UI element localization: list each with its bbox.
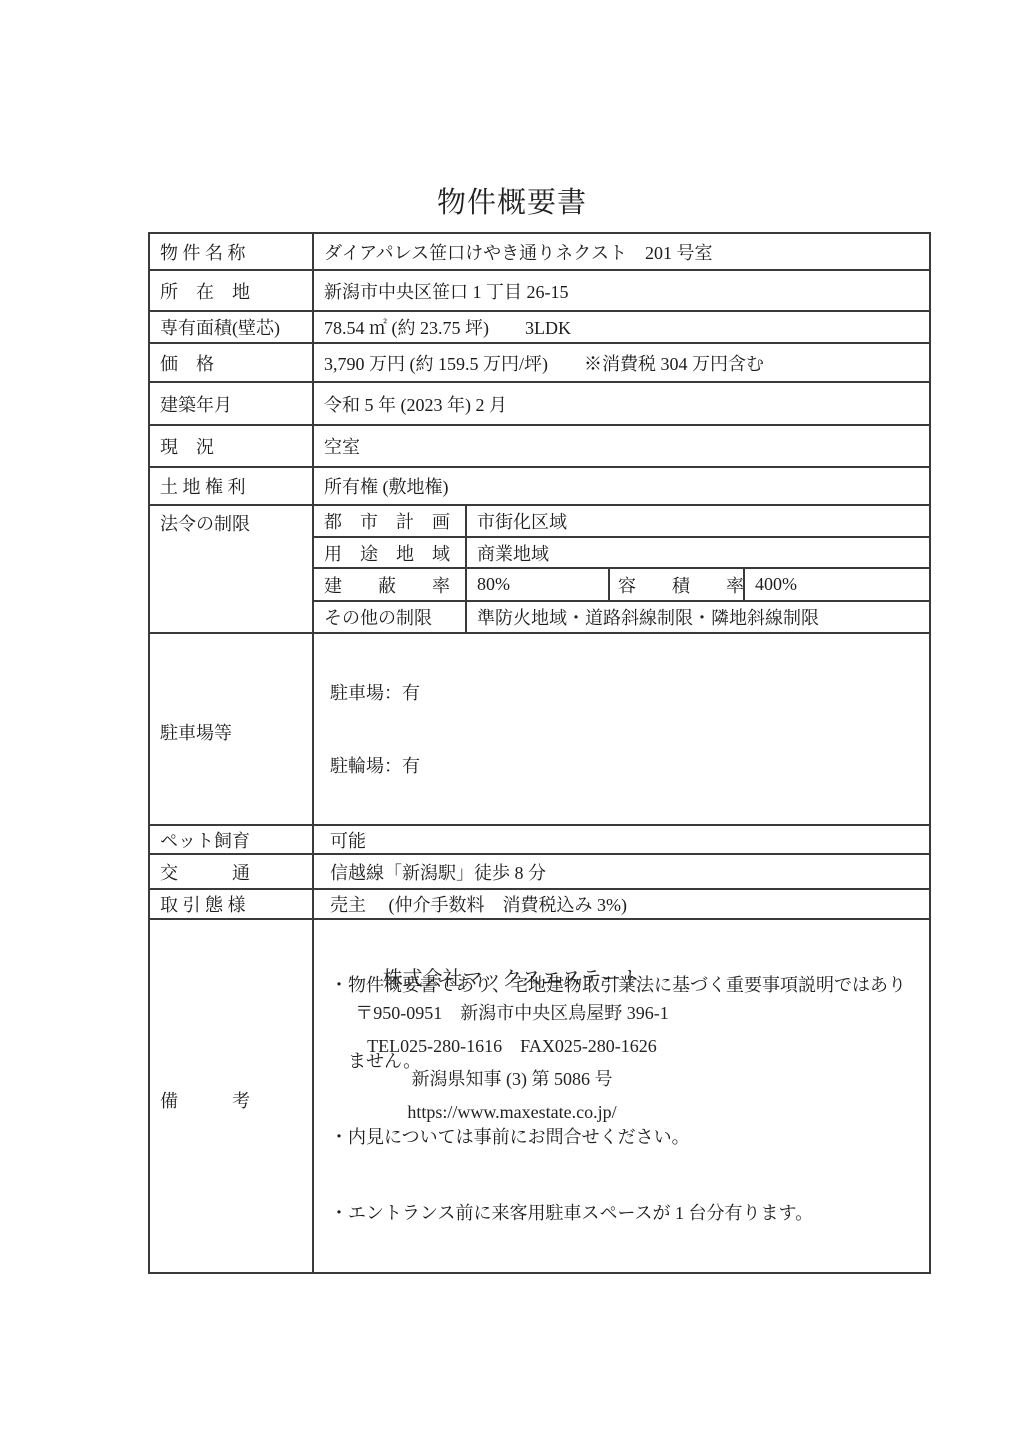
access-label: 交 通: [149, 854, 313, 889]
building-coverage-label: 建 蔽 率: [313, 568, 466, 601]
remarks-line-4: ・エントランス前に来客用駐車スペースが 1 台分有ります。: [330, 1196, 929, 1230]
other-restrictions-value: 準防火地域・道路斜線制限・隣地斜線制限: [466, 601, 930, 633]
property-name-value: ダイアパレス笹口けやき通りネクスト 201 号室: [313, 233, 930, 270]
pets-label: ペット飼育: [149, 825, 313, 854]
area-label: 専有面積(壁芯): [149, 311, 313, 343]
row-current-status: 現 況 空室: [149, 425, 930, 467]
city-planning-label: 都 市 計 画: [313, 505, 466, 537]
other-restrictions-label: その他の制限: [313, 601, 466, 633]
transaction-type-value: 売主 (仲介手数料 消費税込み 3%): [313, 889, 930, 919]
floor-area-ratio-value: 400%: [744, 568, 930, 601]
built-date-value: 令和 5 年 (2023 年) 2 月: [313, 382, 930, 425]
property-summary-document: 物件概要書 物 件 名 称 ダイアパレス笹口けやき通りネクスト 201 号室 所…: [0, 0, 1024, 1448]
access-value: 信越線「新潟駅」徒歩 8 分: [313, 854, 930, 889]
legal-restrictions-label: 法令の制限: [149, 505, 313, 633]
transaction-type-label: 取 引 態 様: [149, 889, 313, 919]
area-value: 78.54 ㎡ (約 23.75 坪) 3LDK: [313, 311, 930, 343]
parking-label: 駐車場等: [149, 633, 313, 825]
row-transaction-type: 取 引 態 様 売主 (仲介手数料 消費税込み 3%): [149, 889, 930, 919]
floor-area-ratio-label: 容 積 率: [609, 568, 744, 601]
city-planning-value: 市街化区域: [466, 505, 930, 537]
row-pets: ペット飼育 可能: [149, 825, 930, 854]
land-rights-value: 所有権 (敷地権): [313, 467, 930, 505]
price-label: 価 格: [149, 343, 313, 382]
price-value: 3,790 万円 (約 159.5 万円/坪) ※消費税 304 万円含む: [313, 343, 930, 382]
row-built-date: 建築年月 令和 5 年 (2023 年) 2 月: [149, 382, 930, 425]
row-land-rights: 土 地 権 利 所有権 (敷地権): [149, 467, 930, 505]
row-property-name: 物 件 名 称 ダイアパレス笹口けやき通りネクスト 201 号室: [149, 233, 930, 270]
company-name: 株式会社マックスエステート: [0, 961, 1024, 997]
row-parking: 駐車場等 駐車場：有 駐輪場：有: [149, 633, 930, 825]
company-address: 〒950-0951 新潟市中央区鳥屋野 396-1: [0, 997, 1024, 1030]
row-area: 専有面積(壁芯) 78.54 ㎡ (約 23.75 坪) 3LDK: [149, 311, 930, 343]
zoning-label: 用 途 地 域: [313, 537, 466, 568]
company-license: 新潟県知事 (3) 第 5086 号: [0, 1063, 1024, 1096]
row-legal-city-planning: 法令の制限 都 市 計 画 市街化区域: [149, 505, 930, 537]
built-date-label: 建築年月: [149, 382, 313, 425]
company-tel-fax: TEL025-280-1616 FAX025-280-1626: [0, 1030, 1024, 1063]
land-rights-label: 土 地 権 利: [149, 467, 313, 505]
row-address: 所 在 地 新潟市中央区笹口 1 丁目 26-15: [149, 270, 930, 311]
zoning-value: 商業地域: [466, 537, 930, 568]
page-title: 物件概要書: [0, 180, 1024, 221]
parking-value: 駐車場：有 駐輪場：有: [313, 633, 930, 825]
company-footer: 株式会社マックスエステート 〒950-0951 新潟市中央区鳥屋野 396-1 …: [0, 961, 1024, 1129]
address-label: 所 在 地: [149, 270, 313, 311]
row-price: 価 格 3,790 万円 (約 159.5 万円/坪) ※消費税 304 万円含…: [149, 343, 930, 382]
current-status-value: 空室: [313, 425, 930, 467]
row-access: 交 通 信越線「新潟駅」徒歩 8 分: [149, 854, 930, 889]
address-value: 新潟市中央区笹口 1 丁目 26-15: [313, 270, 930, 311]
building-coverage-value: 80%: [466, 568, 609, 601]
parking-line-car: 駐車場：有: [330, 678, 929, 709]
company-url: https://www.maxestate.co.jp/: [0, 1096, 1024, 1129]
current-status-label: 現 況: [149, 425, 313, 467]
parking-line-bicycle: 駐輪場：有: [330, 751, 929, 782]
property-name-label: 物 件 名 称: [149, 233, 313, 270]
pets-value: 可能: [313, 825, 930, 854]
